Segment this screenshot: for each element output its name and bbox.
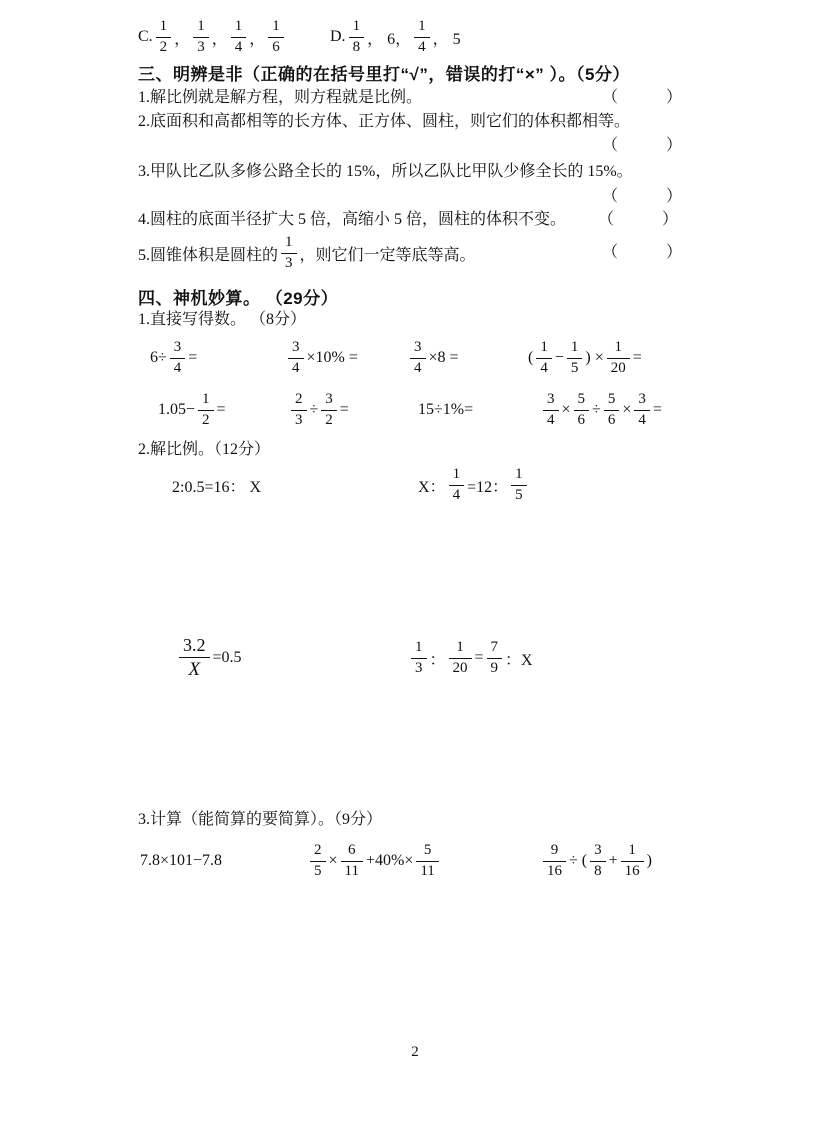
tf-item-4: 4.圆柱的底面半径扩大 5 倍，高缩小 5 倍，圆柱的体积不变。: [138, 210, 566, 230]
fraction: 23: [291, 391, 307, 429]
fraction: 916: [543, 842, 566, 880]
answer-bracket-2: （ ）: [602, 136, 682, 156]
oral-expr-4: (14−15 ) ×120=: [528, 333, 642, 383]
oral-expr-2: 34×10% =: [285, 333, 358, 383]
fraction: 120: [607, 339, 630, 377]
fraction: 12: [156, 18, 172, 56]
oral-calc-heading: 1.直接写得数。 （8分）: [138, 310, 306, 330]
section4-title: 四、神机妙算。 （29分）: [138, 284, 338, 309]
fraction: 13: [411, 639, 427, 677]
proportion-expr-2: X： 14=12： 15: [418, 462, 530, 508]
fraction: 34: [288, 339, 304, 377]
calc-expr-3: 916÷ (38+116 ): [540, 832, 652, 890]
fraction: 3.2X: [179, 635, 210, 681]
choice-option-c: C. 12， 13， 14， 16: [138, 14, 287, 60]
paren-open: （: [602, 187, 618, 207]
fraction: 34: [410, 339, 426, 377]
fraction: 34: [543, 391, 559, 429]
fraction: 116: [621, 842, 644, 880]
paren-close: ）: [666, 187, 682, 207]
calc-expr-2: 25×611+40%×511: [307, 832, 442, 890]
fraction: 32: [321, 391, 337, 429]
fraction: 38: [590, 842, 606, 880]
oral-expr-3: 34×8 =: [407, 333, 459, 383]
fraction: 34: [170, 339, 186, 377]
fraction: 79: [487, 639, 503, 677]
fraction: 25: [310, 842, 326, 880]
fraction: 15: [511, 466, 527, 504]
tf-item-3: 3.甲队比乙队多修公路全长的 15%，所以乙队比甲队少修全长的 15%。: [138, 162, 633, 182]
fraction: 611: [341, 842, 363, 880]
fraction: 13: [281, 234, 297, 272]
paren-open: （: [602, 136, 618, 156]
choice-option-d: D. 18， 6， 14， 5: [330, 14, 461, 60]
calc-expr-1: 7.8×101−7.8: [140, 832, 222, 890]
fraction: 14: [536, 339, 552, 377]
oral-expr-6: 23÷32 =: [288, 385, 349, 435]
fraction: 511: [416, 842, 438, 880]
fraction: 120: [449, 639, 472, 677]
oral-expr-5: 1.05−12 =: [158, 385, 226, 435]
fraction: 14: [414, 18, 430, 56]
paren-close: ）: [666, 243, 682, 263]
answer-bracket-1: （ ）: [602, 88, 682, 108]
answer-bracket-3: （ ）: [602, 187, 682, 207]
fraction: 18: [349, 18, 365, 56]
fraction: 13: [193, 18, 209, 56]
proportion-expr-3: 3.2X=0.5: [176, 629, 242, 687]
simplify-calc-heading: 3.计算（能简算的要简算）。（9分）: [138, 810, 382, 830]
tf-item-2: 2.底面积和高都相等的长方体、正方体、圆柱，则它们的体积都相等。: [138, 112, 630, 132]
fraction: 12: [198, 391, 214, 429]
fraction: 14: [449, 466, 465, 504]
fraction: 16: [268, 18, 284, 56]
paren-close: ）: [662, 210, 678, 230]
page-number: 2: [0, 1044, 830, 1061]
paren-open: （: [602, 88, 618, 108]
paren-close: ）: [666, 136, 682, 156]
tf-item-1: 1.解比例就是解方程，则方程就是比例。: [138, 88, 422, 108]
solve-proportion-heading: 2.解比例。（12分）: [138, 440, 270, 460]
section3-title: 三、明辨是非（正确的在括号里打“√”，错误的打“×” ）。（5分）: [138, 60, 630, 85]
oral-expr-8: 34×56÷56×34=: [540, 385, 662, 435]
fraction: 34: [634, 391, 650, 429]
exam-document-page: C. 12， 13， 14， 16 D. 18， 6， 14， 5 三、明辨是非…: [0, 0, 830, 1122]
oral-expr-7: 15÷1%=: [418, 385, 473, 435]
oral-expr-1: 6÷34 =: [150, 333, 197, 383]
paren-open: （: [598, 210, 614, 230]
fraction: 56: [604, 391, 620, 429]
tf-item-5: 5.圆锥体积是圆柱的13，则它们一定等底等高。: [138, 231, 476, 275]
answer-bracket-4: （ ）: [598, 210, 678, 230]
fraction: 14: [231, 18, 247, 56]
paren-open: （: [602, 243, 618, 263]
answer-bracket-5: （ ）: [602, 243, 682, 263]
fraction: 15: [567, 339, 583, 377]
proportion-expr-1: 2:0.5=16： X: [172, 462, 261, 508]
paren-close: ）: [666, 88, 682, 108]
proportion-expr-4: 13 ： 120 = 79 ：X: [408, 629, 533, 687]
fraction: 56: [574, 391, 590, 429]
